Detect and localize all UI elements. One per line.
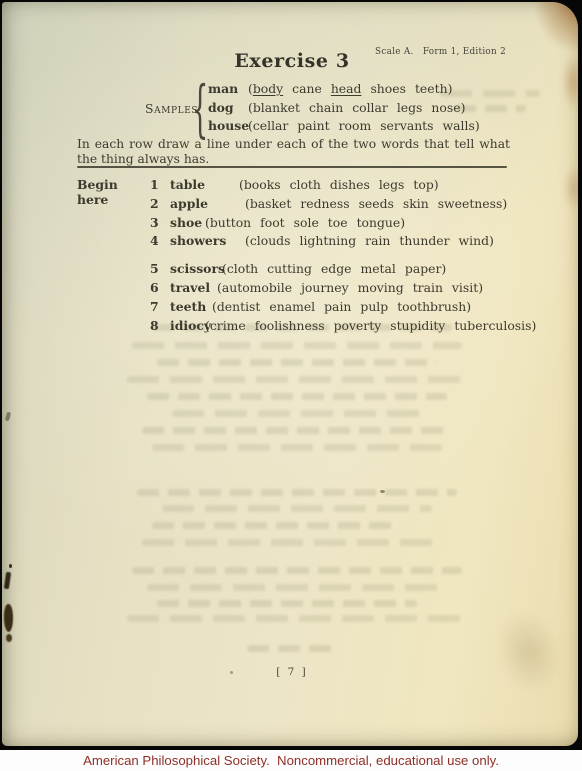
row-word: showers bbox=[170, 233, 230, 248]
document-page: Scale A. Form 1, Edition 2 Exercise 3 Sa… bbox=[2, 2, 578, 746]
ink-speck bbox=[380, 490, 385, 493]
binding-mark bbox=[4, 603, 13, 632]
option-word: pain bbox=[324, 299, 351, 314]
corner-stain bbox=[536, 2, 578, 50]
option-word: nose bbox=[431, 100, 460, 115]
option-word: edge bbox=[321, 261, 352, 276]
option-word: clouds bbox=[250, 233, 291, 248]
option-word: rain bbox=[365, 233, 390, 248]
row-number: 6 bbox=[150, 280, 170, 295]
option-word: automobile bbox=[222, 280, 292, 295]
option-word: toe bbox=[328, 215, 348, 230]
option-word: cloth bbox=[227, 261, 258, 276]
binding-mark bbox=[4, 572, 11, 590]
row-options: (dentistenamelpainpulptoothbrush) bbox=[212, 299, 512, 314]
exercise-row: 8idiocy(crimefoolishnesspovertystupidity… bbox=[77, 318, 512, 337]
row-number: 5 bbox=[150, 261, 170, 276]
exercise-row: 3shoe(buttonfootsoletoetongue) bbox=[77, 215, 512, 234]
option-word: legs bbox=[397, 100, 423, 115]
exercise-list: Begin here1table(booksclothdisheslegstop… bbox=[77, 177, 512, 336]
ghost-text-line bbox=[162, 505, 432, 512]
option-word: sweetness bbox=[438, 196, 503, 211]
option-word: walls bbox=[443, 118, 475, 133]
ghost-text-line bbox=[147, 393, 447, 400]
option-word: teeth bbox=[415, 81, 448, 96]
option-word: journey bbox=[301, 280, 349, 295]
option-word: servants bbox=[380, 118, 433, 133]
exercise-row: 4showers(cloudslightningrainthunderwind) bbox=[77, 233, 512, 252]
option-word: crime bbox=[210, 318, 246, 333]
option-word: pulp bbox=[360, 299, 388, 314]
footer-caption: American Philosophical Society. Noncomme… bbox=[83, 753, 499, 768]
row-word: table bbox=[170, 177, 230, 192]
ghost-text-line bbox=[127, 615, 467, 622]
sample-options: (bodycaneheadshoesteeth) bbox=[248, 81, 452, 96]
binding-mark bbox=[5, 412, 11, 422]
option-word: wind bbox=[459, 233, 489, 248]
option-word: paper bbox=[405, 261, 442, 276]
sample-options: (blanketchaincollarlegsnose) bbox=[248, 100, 465, 115]
option-word: train bbox=[413, 280, 443, 295]
samples-brace: { bbox=[197, 81, 203, 137]
sample-word: house bbox=[208, 118, 248, 133]
row-options: (buttonfootsoletoetongue) bbox=[205, 215, 512, 230]
option-word: tuberculosis bbox=[454, 318, 531, 333]
ghost-text-line bbox=[142, 427, 452, 434]
option-word: redness bbox=[300, 196, 349, 211]
page-number: [ 7 ] bbox=[77, 666, 507, 678]
option-word: collar bbox=[352, 100, 388, 115]
option-word: stupidity bbox=[390, 318, 445, 333]
ghost-text-line bbox=[127, 376, 467, 383]
samples-label: Samples bbox=[145, 101, 193, 116]
option-word: moving bbox=[358, 280, 404, 295]
scanned-page-photo: Scale A. Form 1, Edition 2 Exercise 3 Sa… bbox=[0, 0, 582, 750]
begin-here-label: Begin here bbox=[77, 177, 150, 207]
ghost-text-line bbox=[147, 584, 447, 591]
row-number: 8 bbox=[150, 318, 170, 333]
option-word: body bbox=[253, 81, 283, 96]
option-word: room bbox=[339, 118, 372, 133]
footer-caption-bar: American Philosophical Society. Noncomme… bbox=[0, 750, 582, 771]
sample-word: dog bbox=[208, 100, 248, 115]
page-title: Exercise 3 bbox=[77, 50, 507, 72]
option-word: sole bbox=[294, 215, 319, 230]
instruction-text: In each row draw a line under each of th… bbox=[77, 137, 510, 168]
option-word: thunder bbox=[399, 233, 449, 248]
sample-row: house(cellarpaintroomservantswalls) bbox=[208, 118, 480, 137]
row-number: 7 bbox=[150, 299, 170, 314]
ghost-text-line bbox=[142, 539, 442, 546]
option-word: dentist bbox=[217, 299, 261, 314]
sample-row: dog(blanketchaincollarlegsnose) bbox=[208, 100, 480, 119]
option-word: button bbox=[210, 215, 251, 230]
row-number: 2 bbox=[150, 196, 170, 211]
row-options: (booksclothdisheslegstop) bbox=[239, 177, 512, 192]
option-word: top bbox=[413, 177, 433, 192]
option-word: shoes bbox=[370, 81, 406, 96]
option-word: cloth bbox=[290, 177, 321, 192]
option-word: blanket bbox=[253, 100, 300, 115]
ghost-text-line bbox=[137, 489, 457, 496]
divider-rule bbox=[77, 166, 507, 168]
option-word: visit bbox=[452, 280, 478, 295]
ghost-text-line bbox=[157, 359, 437, 366]
option-word: tongue bbox=[357, 215, 401, 230]
row-options: (automobilejourneymovingtrainvisit) bbox=[217, 280, 512, 295]
option-word: paint bbox=[297, 118, 329, 133]
binding-mark bbox=[6, 634, 12, 642]
option-word: cutting bbox=[267, 261, 312, 276]
ghost-text-line bbox=[152, 444, 442, 451]
option-word: basket bbox=[250, 196, 292, 211]
option-word: cane bbox=[292, 81, 322, 96]
option-word: dishes bbox=[330, 177, 370, 192]
exercise-row: 7teeth(dentistenamelpainpulptoothbrush) bbox=[77, 299, 512, 318]
ghost-text-line bbox=[247, 645, 337, 652]
option-word: skin bbox=[403, 196, 429, 211]
binding-mark bbox=[9, 564, 12, 568]
option-word: chain bbox=[309, 100, 343, 115]
option-word: seeds bbox=[359, 196, 394, 211]
option-word: foolishness bbox=[255, 318, 325, 333]
sample-row: man(bodycaneheadshoesteeth) bbox=[208, 81, 480, 100]
row-number: 1 bbox=[150, 177, 170, 192]
row-word: scissors bbox=[170, 261, 230, 276]
samples-section: Samples { man(bodycaneheadshoesteeth)dog… bbox=[145, 81, 480, 137]
option-word: poverty bbox=[334, 318, 382, 333]
exercise-row: 6travel(automobilejourneymovingtrainvisi… bbox=[77, 280, 512, 299]
edge-stain bbox=[564, 164, 578, 212]
paper-stain bbox=[484, 600, 574, 704]
option-word: books bbox=[244, 177, 281, 192]
option-word: legs bbox=[379, 177, 405, 192]
option-word: enamel bbox=[269, 299, 315, 314]
edge-stain bbox=[562, 54, 578, 110]
option-word: lightning bbox=[299, 233, 356, 248]
ghost-text-line bbox=[132, 567, 462, 574]
option-word: cellar bbox=[253, 118, 289, 133]
sample-word: man bbox=[208, 81, 248, 96]
option-word: metal bbox=[360, 261, 395, 276]
option-word: head bbox=[331, 81, 362, 96]
row-number: 4 bbox=[150, 233, 170, 248]
row-options: (crimefoolishnesspovertystupiditytubercu… bbox=[205, 318, 536, 333]
row-options: (cloudslightningrainthunderwind) bbox=[245, 233, 512, 248]
sample-options: (cellarpaintroomservantswalls) bbox=[248, 118, 480, 133]
ghost-text-line bbox=[152, 522, 392, 529]
row-number: 3 bbox=[150, 215, 170, 230]
row-options: (basketrednessseedsskinsweetness) bbox=[245, 196, 512, 211]
ghost-text-line bbox=[132, 342, 462, 349]
option-word: foot bbox=[260, 215, 285, 230]
row-options: (clothcuttingedgemetalpaper) bbox=[222, 261, 512, 276]
ghost-text-line bbox=[157, 600, 417, 607]
samples-rows: man(bodycaneheadshoesteeth)dog(blanketch… bbox=[207, 81, 480, 137]
option-word: toothbrush bbox=[397, 299, 466, 314]
row-word: apple bbox=[170, 196, 230, 211]
exercise-row: 5scissors(clothcuttingedgemetalpaper) bbox=[77, 261, 512, 280]
exercise-row: Begin here1table(booksclothdisheslegstop… bbox=[77, 177, 512, 196]
ghost-text-line bbox=[172, 410, 422, 417]
